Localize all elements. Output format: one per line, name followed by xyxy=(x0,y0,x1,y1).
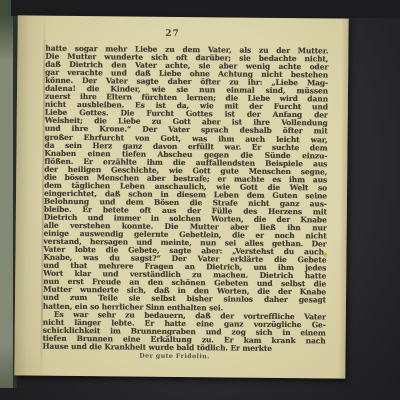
book-page: 27 hatte sogar mehr Liebe zu dem Vater, … xyxy=(14,15,348,378)
page-body-text: hatte sogar mehr Liebe zu dem Vater, als… xyxy=(43,45,329,353)
paper-speck xyxy=(323,252,327,257)
book-cover-edge xyxy=(0,16,13,388)
book-scan: 27 hatte sogar mehr Liebe zu dem Vater, … xyxy=(0,0,400,400)
book-spine-cap xyxy=(0,0,11,17)
page-number: 27 xyxy=(156,29,190,39)
page-footer-running-title: Der gute Fridolin. xyxy=(114,352,234,360)
